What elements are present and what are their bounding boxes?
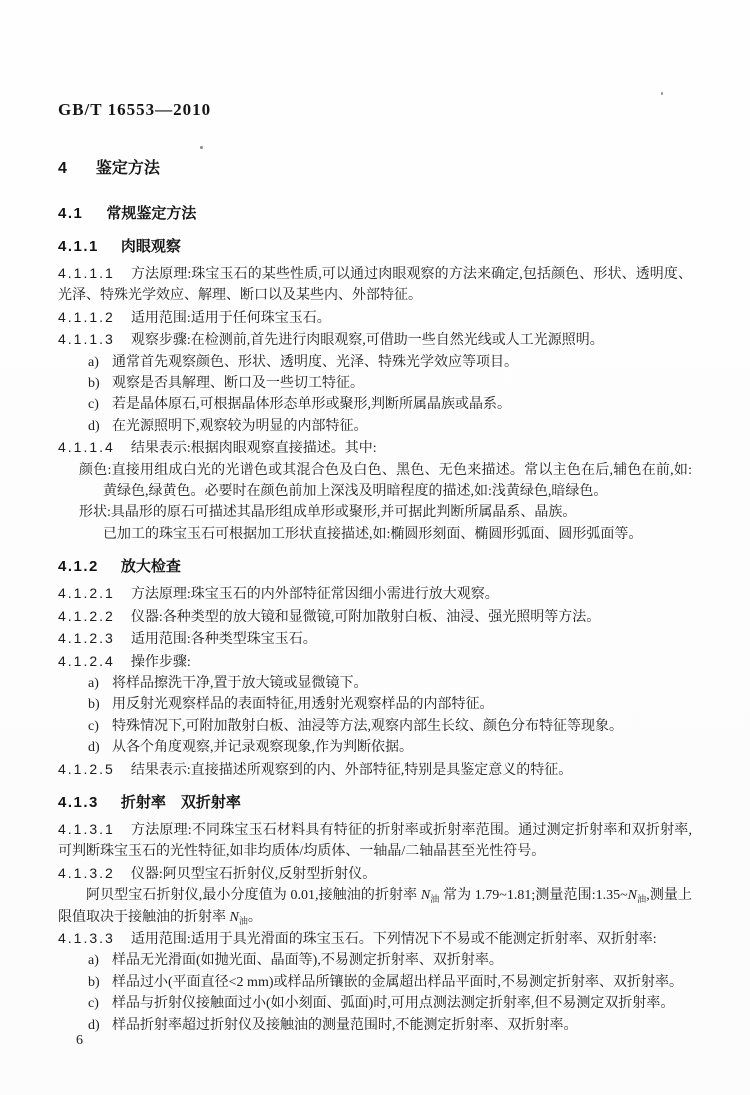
subscript-oil: 油 (239, 916, 248, 926)
item-letter: c) (88, 993, 112, 1014)
item-text: 若是晶体原石,可根据晶体形态单形或聚形,判断所属晶族或晶系。 (112, 397, 511, 412)
symbol-n: N (421, 888, 430, 903)
clause-text: 适用范围:适用于具光滑面的珠宝玉石。下列情况下不易或不能测定折射率、双折射率: (131, 932, 657, 947)
item-text: 样品折射率超过折射仪及接触油的测量范围时,不能测定折射率、双折射率。 (112, 1018, 578, 1033)
item-text: 样品无光滑面(如抛光面、晶面等),不易测定折射率、双折射率。 (112, 953, 503, 968)
clause-number: 4.1.1.2 (58, 309, 115, 325)
subscript-oil: 油 (430, 894, 439, 904)
list-item: c)特殊情况下,可附加散射白板、油浸等方法,观察内部生长纹、颜色分布特征等现象。 (58, 716, 692, 737)
heading-title: 折射率 双折射率 (121, 794, 241, 811)
note-text: 。 (248, 910, 262, 925)
symbol-n: N (230, 910, 239, 925)
clause-text: 结果表示:根据肉眼观察直接描述。其中: (131, 441, 377, 456)
definition-paragraph: 形状:具晶形的原石可描述其晶形组成单形或聚形,并可据此判断所属晶系、晶族。 (58, 502, 692, 523)
clause-text: 仪器:阿贝型宝石折射仪,反射型折射仪。 (131, 867, 376, 882)
scanned-standard-page: GB/T 16553—2010 4鉴定方法4.1常规鉴定方法4.1.1肉眼观察4… (0, 0, 750, 1095)
heading-number: 4.1.1 (58, 238, 99, 255)
clause-text: 方法原理:不同珠宝玉石材料具有特征的折射率或折射率范围。通过测定折射率和双折射率… (58, 823, 692, 859)
item-letter: b) (88, 373, 112, 394)
clause-number: 4.1.3.2 (58, 865, 115, 881)
heading-number: 4.1 (58, 205, 83, 222)
clause-number: 4.1.3.1 (58, 821, 115, 837)
clause-text: 操作步骤: (131, 655, 191, 670)
clause-paragraph: 4.1.3.1方法原理:不同珠宝玉石材料具有特征的折射率或折射率范围。通过测定折… (58, 819, 692, 863)
clause-text: 观察步骤:在检测前,首先进行肉眼观察,可借助一些自然光线或人工光源照明。 (131, 333, 604, 348)
item-letter: a) (88, 352, 112, 373)
clause-number: 4.1.2.5 (58, 761, 115, 777)
standard-code-header: GB/T 16553—2010 (58, 100, 692, 120)
definition-text: 形状:具晶形的原石可描述其晶形组成单形或聚形,并可据此判断所属晶系、晶族。 (79, 505, 576, 520)
item-text: 从各个角度观察,并记录观察现象,作为判断依据。 (112, 740, 413, 755)
item-text: 样品过小(平面直径<2 mm)或样品所镶嵌的金属超出样品平面时,不易测定折射率、… (112, 975, 683, 990)
subsection-heading: 4.1.3折射率 双折射率 (58, 791, 692, 814)
heading-title: 鉴定方法 (96, 160, 160, 177)
clause-paragraph: 4.1.3.2仪器:阿贝型宝石折射仪,反射型折射仪。 (58, 863, 692, 885)
note-text: 阿贝型宝石折射仪,最小分度值为 0.01,接触油的折射率 (86, 888, 421, 903)
list-item: b)观察是否具解理、断口及一些切工特征。 (58, 373, 692, 394)
list-item: a)通常首先观察颜色、形状、透明度、光泽、特殊光学效应等项目。 (58, 352, 692, 373)
clause-text: 方法原理:珠宝玉石的某些性质,可以通过肉眼观察的方法来确定,包括颜色、形状、透明… (58, 267, 692, 303)
clause-text: 仪器:各种类型的放大镜和显微镜,可附加散射白板、油浸、强光照明等方法。 (131, 610, 600, 625)
heading-title: 常规鉴定方法 (106, 205, 196, 222)
item-letter: c) (88, 394, 112, 415)
list-item: c)样品与折射仪接触面过小(如小刻面、弧面)时,可用点测法测定折射率,但不易测定… (58, 993, 692, 1014)
item-letter: b) (88, 694, 112, 715)
clause-paragraph: 4.1.2.5结果表示:直接描述所观察到的内、外部特征,特别是具鉴定意义的特征。 (58, 759, 692, 781)
clause-number: 4.1.1.4 (58, 439, 115, 455)
item-text: 观察是否具解理、断口及一些切工特征。 (112, 376, 364, 391)
list-item: d)样品折射率超过折射仪及接触油的测量范围时,不能测定折射率、双折射率。 (58, 1015, 692, 1036)
item-text: 用反射光观察样品的表面特征,用透射光观察样品的内部特征。 (112, 697, 494, 712)
item-text: 通常首先观察颜色、形状、透明度、光泽、特殊光学效应等项目。 (112, 355, 518, 370)
subsection-heading: 4.1.2放大检查 (58, 555, 692, 578)
page-number: 6 (76, 1033, 83, 1049)
list-item: c)若是晶体原石,可根据晶体形态单形或聚形,判断所属晶族或晶系。 (58, 394, 692, 415)
chapter-heading: 4鉴定方法 (58, 157, 692, 180)
clause-paragraph: 4.1.2.3适用范围:各种类型珠宝玉石。 (58, 628, 692, 650)
item-letter: d) (88, 1015, 112, 1036)
heading-title: 放大检查 (121, 558, 181, 575)
item-letter: a) (88, 673, 112, 694)
scan-speck (661, 92, 663, 95)
clause-number: 4.1.1.1 (58, 265, 115, 281)
note-text: 常为 1.79~1.81;测量范围:1.35~ (439, 888, 627, 903)
list-item: a)样品无光滑面(如抛光面、晶面等),不易测定折射率、双折射率。 (58, 950, 692, 971)
heading-number: 4 (58, 160, 68, 177)
clause-paragraph: 4.1.2.1方法原理:珠宝玉石的内外部特征常因细小需进行放大观察。 (58, 583, 692, 605)
clause-paragraph: 4.1.1.2适用范围:适用于任何珠宝玉石。 (58, 307, 692, 329)
list-item: b)样品过小(平面直径<2 mm)或样品所镶嵌的金属超出样品平面时,不易测定折射… (58, 972, 692, 993)
list-item: d)在光源照明下,观察较为明显的内部特征。 (58, 416, 692, 437)
item-text: 特殊情况下,可附加散射白板、油浸等方法,观察内部生长纹、颜色分布特征等现象。 (112, 719, 623, 734)
definition-text: 颜色:直接用组成白光的光谱色或其混合色及白色、黑色、无色来描述。常以主色在后,辅… (79, 463, 692, 499)
clause-paragraph: 4.1.2.4操作步骤: (58, 651, 692, 673)
definition-text: 已加工的珠宝玉石可根据加工形状直接描述,如:椭圆形刻面、椭圆形弧面、圆形弧面等。 (103, 527, 642, 542)
scan-speck (200, 146, 203, 149)
heading-number: 4.1.2 (58, 558, 99, 575)
list-item: d)从各个角度观察,并记录观察现象,作为判断依据。 (58, 737, 692, 758)
clause-paragraph: 4.1.1.1方法原理:珠宝玉石的某些性质,可以通过肉眼观察的方法来确定,包括颜… (58, 263, 692, 307)
item-letter: d) (88, 737, 112, 758)
section-heading: 4.1常规鉴定方法 (58, 202, 692, 225)
subsection-heading: 4.1.1肉眼观察 (58, 235, 692, 258)
clause-number: 4.1.2.3 (58, 630, 115, 646)
refractometer-note-paragraph: 阿贝型宝石折射仪,最小分度值为 0.01,接触油的折射率 N油 常为 1.79~… (58, 885, 692, 928)
clause-paragraph: 4.1.3.3适用范围:适用于具光滑面的珠宝玉石。下列情况下不易或不能测定折射率… (58, 928, 692, 950)
item-letter: d) (88, 416, 112, 437)
symbol-n: N (628, 888, 637, 903)
clause-paragraph: 4.1.1.4结果表示:根据肉眼观察直接描述。其中: (58, 437, 692, 459)
item-letter: c) (88, 716, 112, 737)
list-item: a)将样品擦洗干净,置于放大镜或显微镜下。 (58, 673, 692, 694)
definition-paragraph: 颜色:直接用组成白光的光谱色或其混合色及白色、黑色、无色来描述。常以主色在后,辅… (58, 460, 692, 503)
clause-text: 适用范围:适用于任何珠宝玉石。 (131, 311, 331, 326)
subscript-oil: 油 (637, 894, 646, 904)
item-text: 样品与折射仪接触面过小(如小刻面、弧面)时,可用点测法测定折射率,但不易测定双折… (112, 996, 674, 1011)
clause-number: 4.1.2.2 (58, 608, 115, 624)
clause-number: 4.1.1.3 (58, 331, 115, 347)
clause-number: 4.1.3.3 (58, 930, 115, 946)
scan-speck (458, 773, 460, 775)
heading-title: 肉眼观察 (121, 238, 181, 255)
clause-text: 方法原理:珠宝玉石的内外部特征常因细小需进行放大观察。 (131, 587, 499, 602)
item-letter: a) (88, 950, 112, 971)
clause-paragraph: 4.1.2.2仪器:各种类型的放大镜和显微镜,可附加散射白板、油浸、强光照明等方… (58, 606, 692, 628)
item-letter: b) (88, 972, 112, 993)
clause-number: 4.1.2.4 (58, 653, 115, 669)
item-text: 将样品擦洗干净,置于放大镜或显微镜下。 (112, 676, 368, 691)
definition-continuation: 已加工的珠宝玉石可根据加工形状直接描述,如:椭圆形刻面、椭圆形弧面、圆形弧面等。 (58, 524, 692, 545)
item-text: 在光源照明下,观察较为明显的内部特征。 (112, 419, 368, 434)
clause-number: 4.1.2.1 (58, 585, 115, 601)
list-item: b)用反射光观察样品的表面特征,用透射光观察样品的内部特征。 (58, 694, 692, 715)
heading-number: 4.1.3 (58, 794, 99, 811)
document-body: 4鉴定方法4.1常规鉴定方法4.1.1肉眼观察4.1.1.1方法原理:珠宝玉石的… (58, 157, 692, 1036)
clause-paragraph: 4.1.1.3观察步骤:在检测前,首先进行肉眼观察,可借助一些自然光线或人工光源… (58, 329, 692, 351)
clause-text: 适用范围:各种类型珠宝玉石。 (131, 632, 317, 647)
clause-text: 结果表示:直接描述所观察到的内、外部特征,特别是具鉴定意义的特征。 (131, 763, 572, 778)
